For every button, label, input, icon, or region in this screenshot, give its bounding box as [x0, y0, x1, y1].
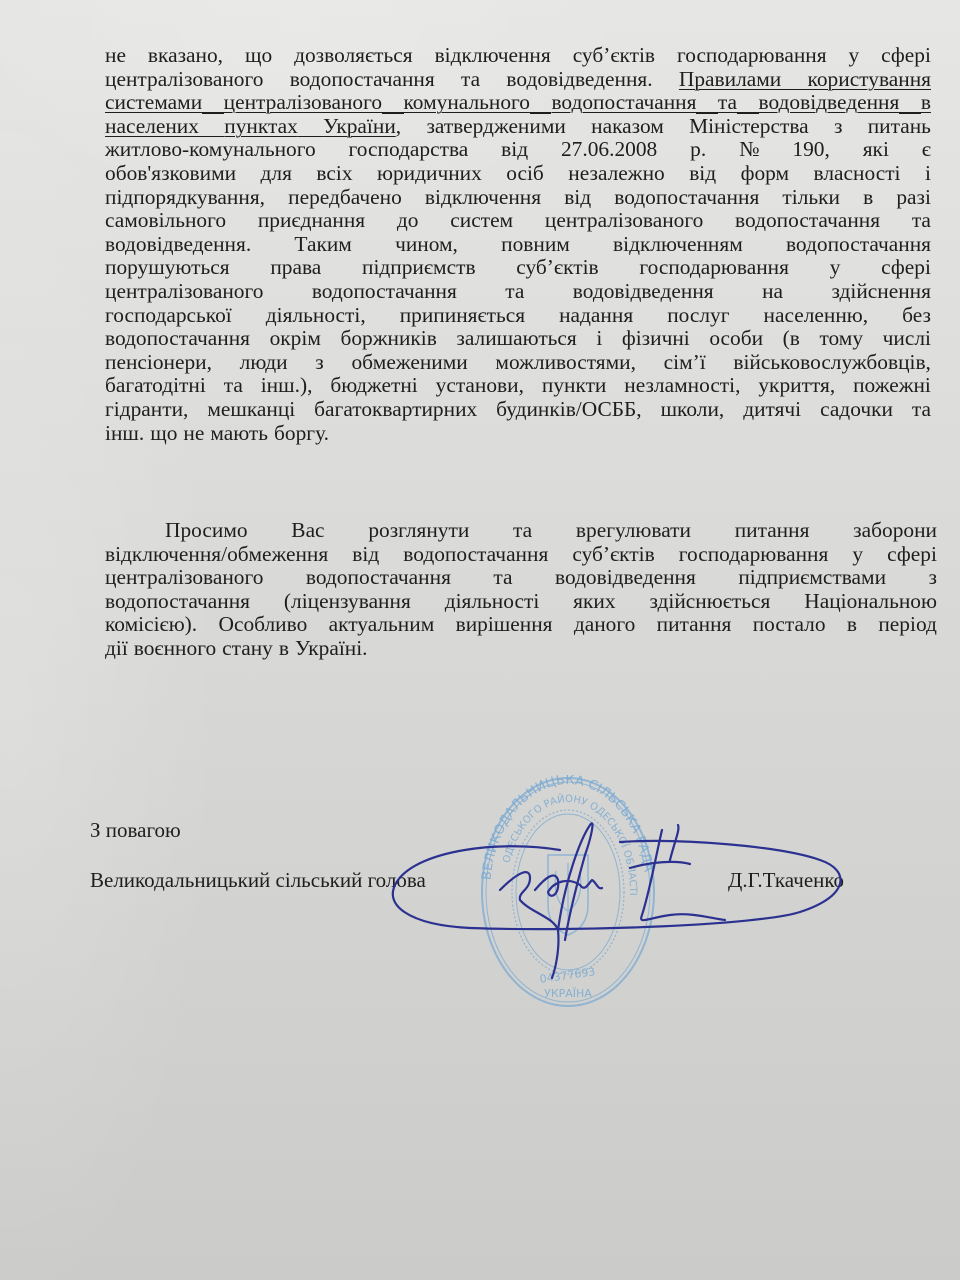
word: не — [183, 422, 204, 446]
word: діяльності, — [266, 304, 366, 328]
word: користування — [808, 68, 931, 92]
word: відключенням — [613, 233, 743, 257]
word: водопостачання — [735, 209, 880, 233]
handwritten-signature — [380, 800, 900, 980]
word: систем — [450, 209, 513, 233]
word: особи — [709, 327, 763, 351]
word: даного — [574, 613, 635, 637]
word: воєнного — [134, 637, 216, 661]
word: та — [912, 209, 931, 233]
word: укриття, — [758, 374, 835, 398]
word: мешканці — [207, 398, 295, 422]
text-line: відключення/обмеженнявідводопостачаннясу… — [105, 543, 937, 567]
word: багатоквартирних — [314, 398, 477, 422]
word: Особливо — [219, 613, 308, 637]
word: господарювання — [639, 256, 789, 280]
word: яких — [573, 590, 615, 614]
text-line: централізованоговодопостачаннятаводовідв… — [105, 280, 931, 304]
word: приєднання — [258, 209, 365, 233]
word: дії — [105, 637, 128, 661]
word: з — [315, 351, 323, 375]
text-line: водопостачання(ліцензуваннядіяльностіяки… — [105, 590, 937, 614]
word: окрім — [270, 327, 321, 351]
word: люди — [240, 351, 288, 375]
word: в — [863, 186, 873, 210]
word: чином, — [395, 233, 458, 257]
text-line: населенихпунктахУкраїни,затверджениминак… — [105, 115, 931, 139]
word: здійснюється — [649, 590, 770, 614]
text-line: пенсіонери,людизобмеженимиможливостями,с… — [105, 351, 931, 375]
word: боржників — [340, 327, 436, 351]
word: відключення — [425, 186, 541, 210]
text-line: централізованоговодопостачаннятаводовідв… — [105, 68, 931, 92]
text-line: підпорядкування,передбаченовідключенняві… — [105, 186, 931, 210]
word: господарювання — [679, 543, 829, 567]
word: здійснення — [831, 280, 931, 304]
word: для — [261, 162, 292, 186]
word: та — [718, 91, 737, 115]
underline-gap — [382, 112, 403, 113]
closing-phrase: З повагою — [90, 818, 181, 843]
paragraph-2: ПросимоВасрозглянутитаврегулюватипитання… — [105, 519, 937, 661]
word: водовідведення — [555, 566, 696, 590]
word: (в — [783, 327, 800, 351]
word: вказано, — [148, 44, 223, 68]
word: інш.), — [261, 374, 313, 398]
word: пожежні — [853, 374, 931, 398]
word: порушуються — [105, 256, 230, 280]
word: у — [849, 44, 860, 68]
word: можливостями, — [495, 351, 636, 375]
word: Правилами — [679, 68, 781, 92]
word: бюджетні — [330, 374, 417, 398]
underline-gap — [737, 112, 758, 113]
word: затвердженими — [426, 115, 565, 139]
word: водопостачання — [403, 543, 548, 567]
word: 27.06.2008 — [561, 138, 657, 162]
word: юридичних — [377, 162, 482, 186]
word: є — [922, 138, 931, 162]
word: розглянути — [368, 519, 469, 543]
word: водопостачання — [786, 233, 931, 257]
word: Національною — [804, 590, 937, 614]
word: Таким — [294, 233, 351, 257]
word: мають — [210, 422, 268, 446]
word: Вас — [291, 519, 324, 543]
word: припиняється — [400, 304, 525, 328]
word: водопостачання — [105, 590, 250, 614]
word: пункти — [542, 374, 607, 398]
word: всіх — [316, 162, 352, 186]
text-line: ПросимоВасрозглянутитаврегулюватипитання… — [105, 519, 937, 543]
word: водовідведення — [573, 280, 714, 304]
word: школи, — [661, 398, 725, 422]
word: Просимо — [165, 519, 248, 543]
text-line: інш.щонемаютьборгу. — [105, 422, 931, 446]
word: питання — [735, 519, 810, 543]
word: не — [105, 44, 126, 68]
word: незламності, — [624, 374, 740, 398]
word: пунктах — [224, 115, 298, 139]
word: системами — [105, 91, 202, 115]
word: які — [863, 138, 889, 162]
word: права — [270, 256, 321, 280]
word: пенсіонери, — [105, 351, 212, 375]
word: і — [596, 327, 602, 351]
word: підпорядкування, — [105, 186, 265, 210]
word: самовільного — [105, 209, 226, 233]
word: обмеженими — [351, 351, 467, 375]
word: та — [461, 68, 480, 92]
underline-gap — [298, 136, 323, 137]
underline-gap — [202, 112, 223, 113]
underline-gap — [899, 112, 920, 113]
signatory-title: Великодальницький сільський голова — [90, 868, 426, 893]
word: централізованого — [224, 91, 382, 115]
word: суб’єктів — [573, 44, 655, 68]
word: фізичні — [622, 327, 690, 351]
word: дитячі — [743, 398, 801, 422]
text-line: водопостачанняокрімборжниківзалишаютьсяі… — [105, 327, 931, 351]
text-line: самовільногоприєднаннядосистемцентралізо… — [105, 209, 931, 233]
word: від — [689, 162, 716, 186]
text-line: порушуютьсяправапідприємствсуб’єктівгосп… — [105, 256, 931, 280]
word: питань — [868, 115, 931, 139]
word: централізованого — [545, 209, 703, 233]
word: що — [150, 422, 177, 446]
word: що — [245, 44, 272, 68]
underline-gap — [696, 112, 717, 113]
word: 190, — [792, 138, 829, 162]
word: господарської — [105, 304, 232, 328]
word: надання — [559, 304, 633, 328]
word: водовідведення. — [105, 233, 251, 257]
word: та — [224, 374, 243, 398]
word: тільки — [782, 186, 840, 210]
word: від — [501, 138, 528, 162]
word: тому — [819, 327, 863, 351]
word: відключення/обмеження — [105, 543, 328, 567]
text-line: господарськоїдіяльності,припиняєтьсянада… — [105, 304, 931, 328]
word: інш. — [105, 422, 144, 446]
word: вирішення — [456, 613, 553, 637]
word: багатодітні — [105, 374, 206, 398]
paragraph-1: невказано,щодозволяєтьсявідключеннясуб’є… — [105, 44, 931, 445]
underline-gap — [530, 112, 551, 113]
word: суб’єктів — [572, 543, 654, 567]
text-line: обов'язковимидлявсіхюридичнихосібнезалеж… — [105, 162, 931, 186]
word: в — [921, 91, 931, 115]
word: заборони — [853, 519, 937, 543]
word: наказом — [591, 115, 664, 139]
word: та — [912, 398, 931, 422]
word: сфері — [881, 44, 931, 68]
underline-gap — [199, 136, 224, 137]
word: період — [878, 613, 937, 637]
word: власності — [814, 162, 901, 186]
word: військовослужбовців, — [733, 351, 931, 375]
text-line: діївоєнногостанувУкраїні. — [105, 637, 937, 661]
word: та — [493, 566, 512, 590]
word: боргу. — [274, 422, 329, 446]
word: на — [762, 280, 783, 304]
word: населенню, — [764, 304, 869, 328]
word: питання — [657, 613, 732, 637]
word: установи, — [436, 374, 524, 398]
word: гідранти, — [105, 398, 188, 422]
word: до — [397, 209, 419, 233]
word: водовідведення — [759, 91, 900, 115]
word: р. — [690, 138, 706, 162]
word: та — [513, 519, 532, 543]
word: житлово-комунального — [105, 138, 316, 162]
word: передбачено — [288, 186, 402, 210]
word: обов'язковими — [105, 162, 236, 186]
word: числі — [883, 327, 931, 351]
word: незалежно — [568, 162, 664, 186]
word: комісією). — [105, 613, 197, 637]
word: України, — [323, 115, 401, 139]
word: від — [564, 186, 591, 210]
word: водопостачання — [290, 68, 435, 92]
text-line: комісією).Особливоактуальнимвирішеннядан… — [105, 613, 937, 637]
word: залишаються — [456, 327, 576, 351]
word: водовідведення. — [506, 68, 652, 92]
word: разі — [896, 186, 931, 210]
word: водопостачання — [614, 186, 759, 210]
word: повним — [501, 233, 570, 257]
word: форм — [741, 162, 789, 186]
word: у — [852, 543, 863, 567]
word: постало — [753, 613, 826, 637]
word: та — [505, 280, 524, 304]
word: актуальним — [329, 613, 435, 637]
word: діяльності — [445, 590, 540, 614]
word: господарювання — [677, 44, 827, 68]
word: сім’ї — [664, 351, 706, 375]
text-line: багатодітнітаінш.),бюджетніустанови,пунк… — [105, 374, 931, 398]
text-line: водовідведення.Такимчином,повнимвідключе… — [105, 233, 931, 257]
word: централізованого — [105, 280, 263, 304]
word: врегулювати — [576, 519, 691, 543]
word: осіб — [506, 162, 544, 186]
word: Україні. — [295, 637, 368, 661]
word: підприємств — [362, 256, 476, 280]
text-line: системамицентралізованогокомунальноговод… — [105, 91, 931, 115]
word: (ліцензування — [284, 590, 411, 614]
word: садочки — [820, 398, 893, 422]
word: комунального — [404, 91, 530, 115]
word: сфері — [887, 543, 937, 567]
word: сфері — [881, 256, 931, 280]
stamp-country: УКРАЇНА — [544, 987, 592, 1000]
word: і — [925, 162, 931, 186]
word: без — [902, 304, 931, 328]
word: централізованого — [105, 68, 263, 92]
word: послуг — [667, 304, 729, 328]
word: з — [929, 566, 937, 590]
word: водопостачання — [551, 91, 696, 115]
word: підприємствами — [738, 566, 886, 590]
text-line: житлово-комунальногогосподарствавід27.06… — [105, 138, 931, 162]
word: від — [352, 543, 379, 567]
word: № — [739, 138, 759, 162]
word: централізованого — [105, 566, 263, 590]
word: водопостачання — [105, 327, 250, 351]
word: стану — [222, 637, 273, 661]
word: водопостачання — [312, 280, 457, 304]
word: відключення — [435, 44, 551, 68]
word: водопостачання — [306, 566, 451, 590]
word: в — [279, 637, 289, 661]
word: у — [830, 256, 841, 280]
word: будинків/ОСББ, — [496, 398, 641, 422]
word: дозволяється — [294, 44, 413, 68]
word: з — [834, 115, 842, 139]
text-line: гідранти,мешканцібагатоквартирнихбудинкі… — [105, 398, 931, 422]
word: Міністерства — [689, 115, 809, 139]
word: в — [847, 613, 857, 637]
text-line: централізованоговодопостачаннятаводовідв… — [105, 566, 937, 590]
word: населених — [105, 115, 199, 139]
word: господарства — [349, 138, 469, 162]
text-line: невказано,щодозволяєтьсявідключеннясуб’є… — [105, 44, 931, 68]
word: суб’єктів — [516, 256, 598, 280]
